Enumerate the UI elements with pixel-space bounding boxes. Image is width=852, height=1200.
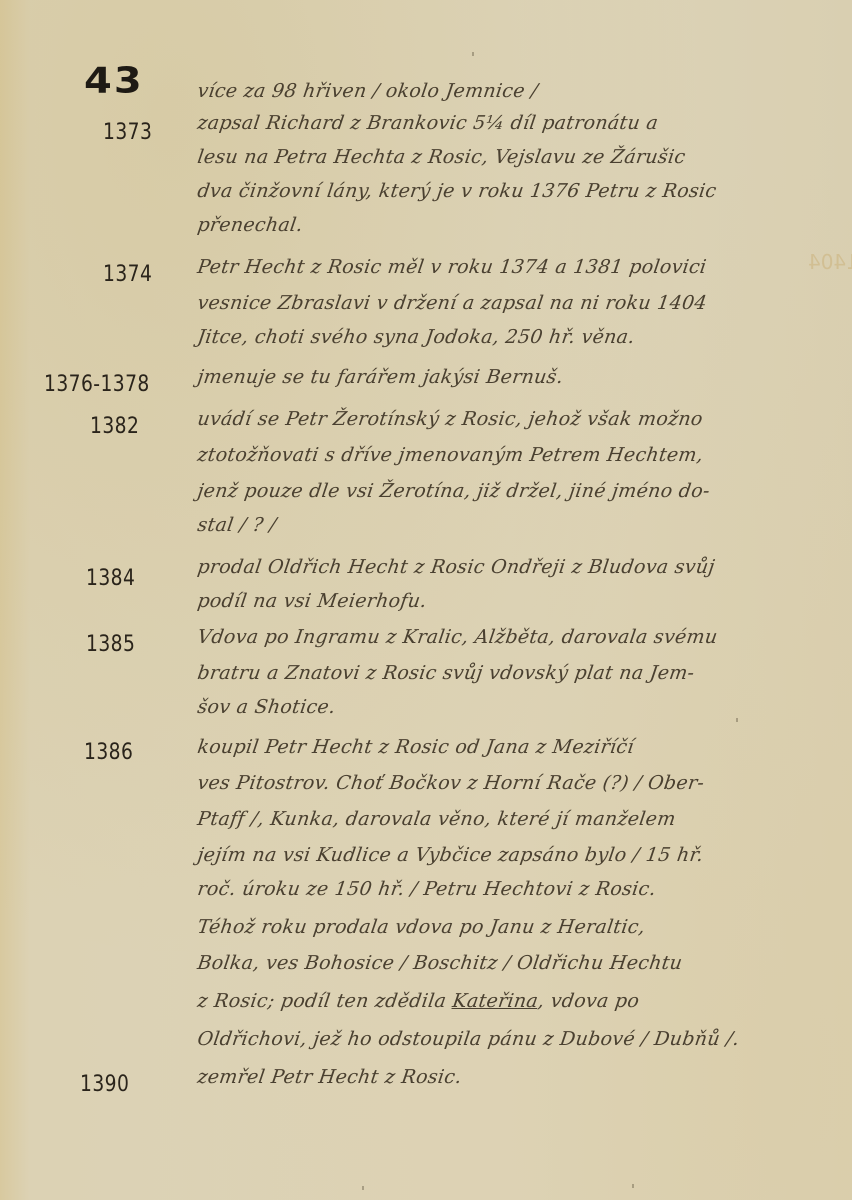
- text-line: Vdova po Ingramu z Kralic, Alžběta, daro…: [196, 626, 719, 648]
- paper-speck: [632, 1184, 634, 1188]
- text-line: bratru a Znatovi z Rosic svůj vdovský pl…: [196, 662, 696, 684]
- text-line: lesu na Petra Hechta z Rosic, Vejslavu z…: [196, 146, 687, 168]
- text-line: prodal Oldřich Hecht z Rosic Ondřeji z B…: [196, 556, 716, 578]
- year-label: 1376-1378: [44, 372, 150, 397]
- text-line: Ptaff /, Kunka, darovala věno, které jí …: [196, 808, 677, 830]
- text-line: jenž pouze dle vsi Žerotína, již držel, …: [196, 480, 711, 502]
- text-line: přenechal.: [196, 214, 304, 236]
- year-label: 1373: [103, 120, 152, 145]
- bleed-through-text: 1404: [808, 250, 852, 274]
- text-line: uvádí se Petr Žerotínský z Rosic, jehož …: [196, 408, 704, 430]
- text-line: dva činžovní lány, který je v roku 1376 …: [196, 180, 718, 202]
- text-line: jejím na vsi Kudlice a Vybčice zapsáno b…: [196, 844, 705, 866]
- text-line: ves Pitostrov. Choť Bočkov z Horní Rače …: [196, 772, 706, 794]
- text-line: stal / ? /: [196, 514, 278, 536]
- text-line: Bolka, ves Bohosice / Boschitz / Oldřich…: [196, 952, 684, 974]
- paper-speck: [472, 52, 474, 56]
- underlined-name: Kateřina: [451, 990, 540, 1012]
- paper-speck: [736, 718, 738, 722]
- year-label: 1374: [103, 262, 152, 287]
- text-line: podíl na vsi Meierhofu.: [196, 590, 428, 612]
- text-line: Oldřichovi, jež ho odstoupila pánu z Dub…: [196, 1028, 741, 1050]
- text-line: šov a Shotice.: [196, 696, 337, 718]
- text-line: více za 98 hřiven / okolo Jemnice /: [196, 80, 539, 102]
- page-number: 43: [84, 60, 144, 101]
- paper-speck: [362, 1186, 364, 1190]
- text-line: Téhož roku prodala vdova po Janu z Heral…: [196, 916, 647, 938]
- text-line: koupil Petr Hecht z Rosic od Jana z Mezi…: [196, 736, 635, 758]
- text-line: zemřel Petr Hecht z Rosic.: [196, 1066, 463, 1088]
- text-line: jmenuje se tu farářem jakýsi Bernuš.: [196, 366, 565, 388]
- year-label: 1386: [84, 740, 133, 765]
- text-line: z Rosic; podíl ten zdědila Kateřina, vdo…: [196, 990, 641, 1012]
- year-label: 1385: [86, 632, 135, 657]
- year-label: 1390: [80, 1072, 129, 1097]
- text-line: ztotožňovati s dříve jmenovaným Petrem H…: [196, 444, 705, 466]
- text-line: zapsal Richard z Brankovic 5¼ díl patron…: [196, 112, 660, 134]
- text-line: roč. úroku ze 150 hř. / Petru Hechtovi z…: [196, 878, 657, 900]
- manuscript-page: 43 více za 98 hřiven / okolo Jemnice / 1…: [0, 0, 852, 1200]
- year-label: 1384: [86, 566, 135, 591]
- year-label: 1382: [90, 414, 139, 439]
- text-line: Petr Hecht z Rosic měl v roku 1374 a 138…: [196, 256, 708, 278]
- text-line: vesnice Zbraslavi v držení a zapsal na n…: [196, 292, 708, 314]
- text-line: Jitce, choti svého syna Jodoka, 250 hř. …: [196, 326, 636, 348]
